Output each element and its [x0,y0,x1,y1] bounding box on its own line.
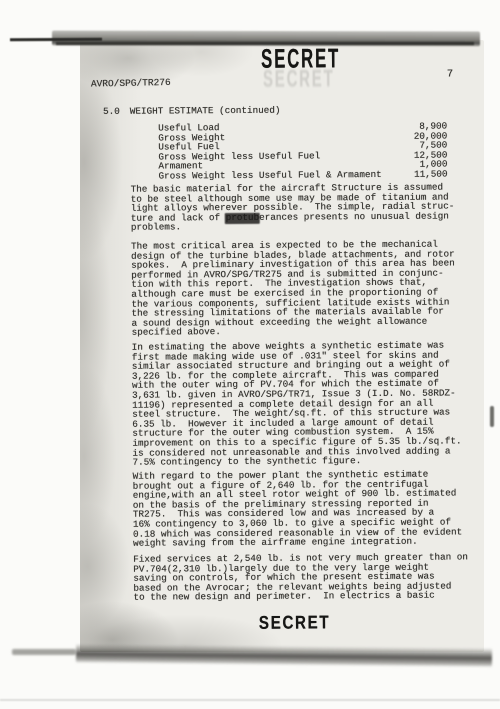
paragraph-basic-material: The basic material for the aircraft Stru… [131,182,455,232]
paragraph-fixed-services: Fixed services at 2,540 lb. is not very … [133,552,468,602]
paragraph-critical-area: The most critical area is expected to be… [131,239,455,337]
row-value: 11,500 [414,169,448,179]
document-reference: AVRO/SPG/TR276 [91,78,171,89]
section-number: 5.0 [103,106,120,117]
table-row: Gross Weight less Useful Fuel & Armament… [158,169,447,181]
weight-estimate-table: Useful Load8,900 Gross Weight20,000 Usef… [158,122,447,182]
paragraph-synthetic-estimate: In estimating the above weights a synthe… [132,340,462,467]
section-title: WEIGHT ESTIMATE (continued) [130,105,281,117]
section-heading: 5.0WEIGHT ESTIMATE (continued) [103,106,280,117]
secret-stamp-top-ghost: SECRET [263,74,335,84]
document-content: SECRET SECRET AVRO/SPG/TR276 7 5.0WEIGHT… [0,0,500,709]
redacted-word: protub [226,212,260,223]
row-label: Gross Weight less Useful Fuel & Armament [158,170,381,181]
secret-stamp-bottom: SECRET [259,617,330,627]
secret-stamp-top: SECRET [261,54,340,64]
paragraph-power-plant: With regard to the power plant the synth… [133,469,463,548]
page-number: 7 [447,70,453,80]
